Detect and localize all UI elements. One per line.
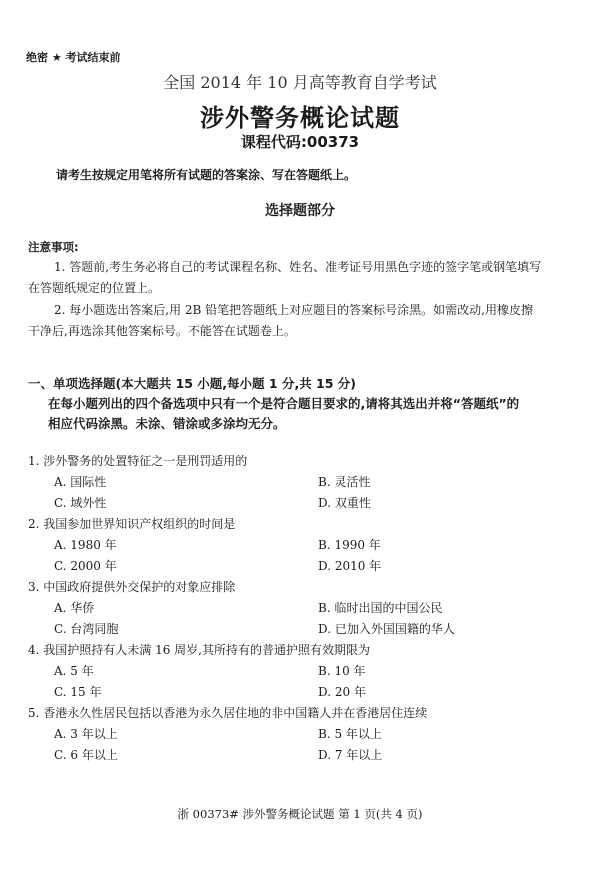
- option-3d: D. 已加入外国国籍的华人: [318, 620, 455, 637]
- option-4c: C. 15 年: [54, 683, 101, 700]
- question-2: 2. 我国参加世界知识产权组织的时间是: [28, 515, 235, 532]
- page-title: 涉外警务概论试题: [0, 98, 600, 133]
- note-2-line-1: 2. 每小题选出答案后,用 2B 铅笔把答题纸上对应题目的答案标号涂黑。如需改动…: [54, 301, 533, 318]
- option-2b: B. 1990 年: [318, 536, 381, 553]
- question-4: 4. 我国护照持有人未满 16 周岁,其所持有的普通护照有效期限为: [28, 641, 370, 658]
- part-desc-line-1: 在每小题列出的四个备选项中只有一个是符合题目要求的,请将其选出并将“答题纸”的: [48, 394, 519, 412]
- note-1-line-2: 在答题纸规定的位置上。: [28, 279, 160, 296]
- section-title: 选择题部分: [0, 200, 600, 220]
- option-5c: C. 6 年以上: [54, 746, 118, 763]
- option-1a: A. 国际性: [54, 473, 106, 490]
- notes-heading: 注意事项:: [28, 239, 79, 255]
- part-header: 一、单项选择题(本大题共 15 小题,每小题 1 分,共 15 分): [28, 374, 356, 392]
- part-desc-line-2: 相应代码涂黑。未涂、错涂或多涂均无分。: [48, 414, 286, 432]
- option-1d: D. 双重性: [318, 494, 371, 511]
- option-5b: B. 5 年以上: [318, 725, 382, 742]
- option-2d: D. 2010 年: [318, 557, 381, 574]
- answer-instruction: 请考生按规定用笔将所有试题的答案涂、写在答题纸上。: [56, 166, 356, 183]
- exam-session-line: 全国 2014 年 10 月高等教育自学考试: [0, 70, 600, 93]
- note-1-line-1: 1. 答题前,考生务必将自己的考试课程名称、姓名、准考证号用黑色字迹的签字笔或钢…: [54, 258, 541, 275]
- confidential-label: 绝密 ★ 考试结束前: [26, 49, 121, 65]
- option-1b: B. 灵活性: [318, 473, 370, 490]
- option-1c: C. 域外性: [54, 494, 106, 511]
- question-1: 1. 涉外警务的处置特征之一是刑罚适用的: [28, 452, 247, 469]
- option-5d: D. 7 年以上: [318, 746, 382, 763]
- option-4b: B. 10 年: [318, 662, 366, 679]
- option-2c: C. 2000 年: [54, 557, 117, 574]
- option-5a: A. 3 年以上: [54, 725, 118, 742]
- option-3a: A. 华侨: [54, 599, 94, 616]
- option-2a: A. 1980 年: [54, 536, 117, 553]
- course-code: 课程代码:00373: [0, 131, 600, 152]
- question-5: 5. 香港永久性居民包括以香港为永久居住地的非中国籍人并在香港居住连续: [28, 704, 427, 721]
- page-footer: 浙 00373# 涉外警务概论试题 第 1 页(共 4 页): [0, 806, 600, 822]
- option-4a: A. 5 年: [54, 662, 94, 679]
- option-4d: D. 20 年: [318, 683, 366, 700]
- option-3c: C. 台湾同胞: [54, 620, 118, 637]
- question-3: 3. 中国政府提供外交保护的对象应排除: [28, 578, 235, 595]
- note-2-line-2: 干净后,再选涂其他答案标号。不能答在试题卷上。: [28, 322, 296, 339]
- option-3b: B. 临时出国的中国公民: [318, 599, 442, 616]
